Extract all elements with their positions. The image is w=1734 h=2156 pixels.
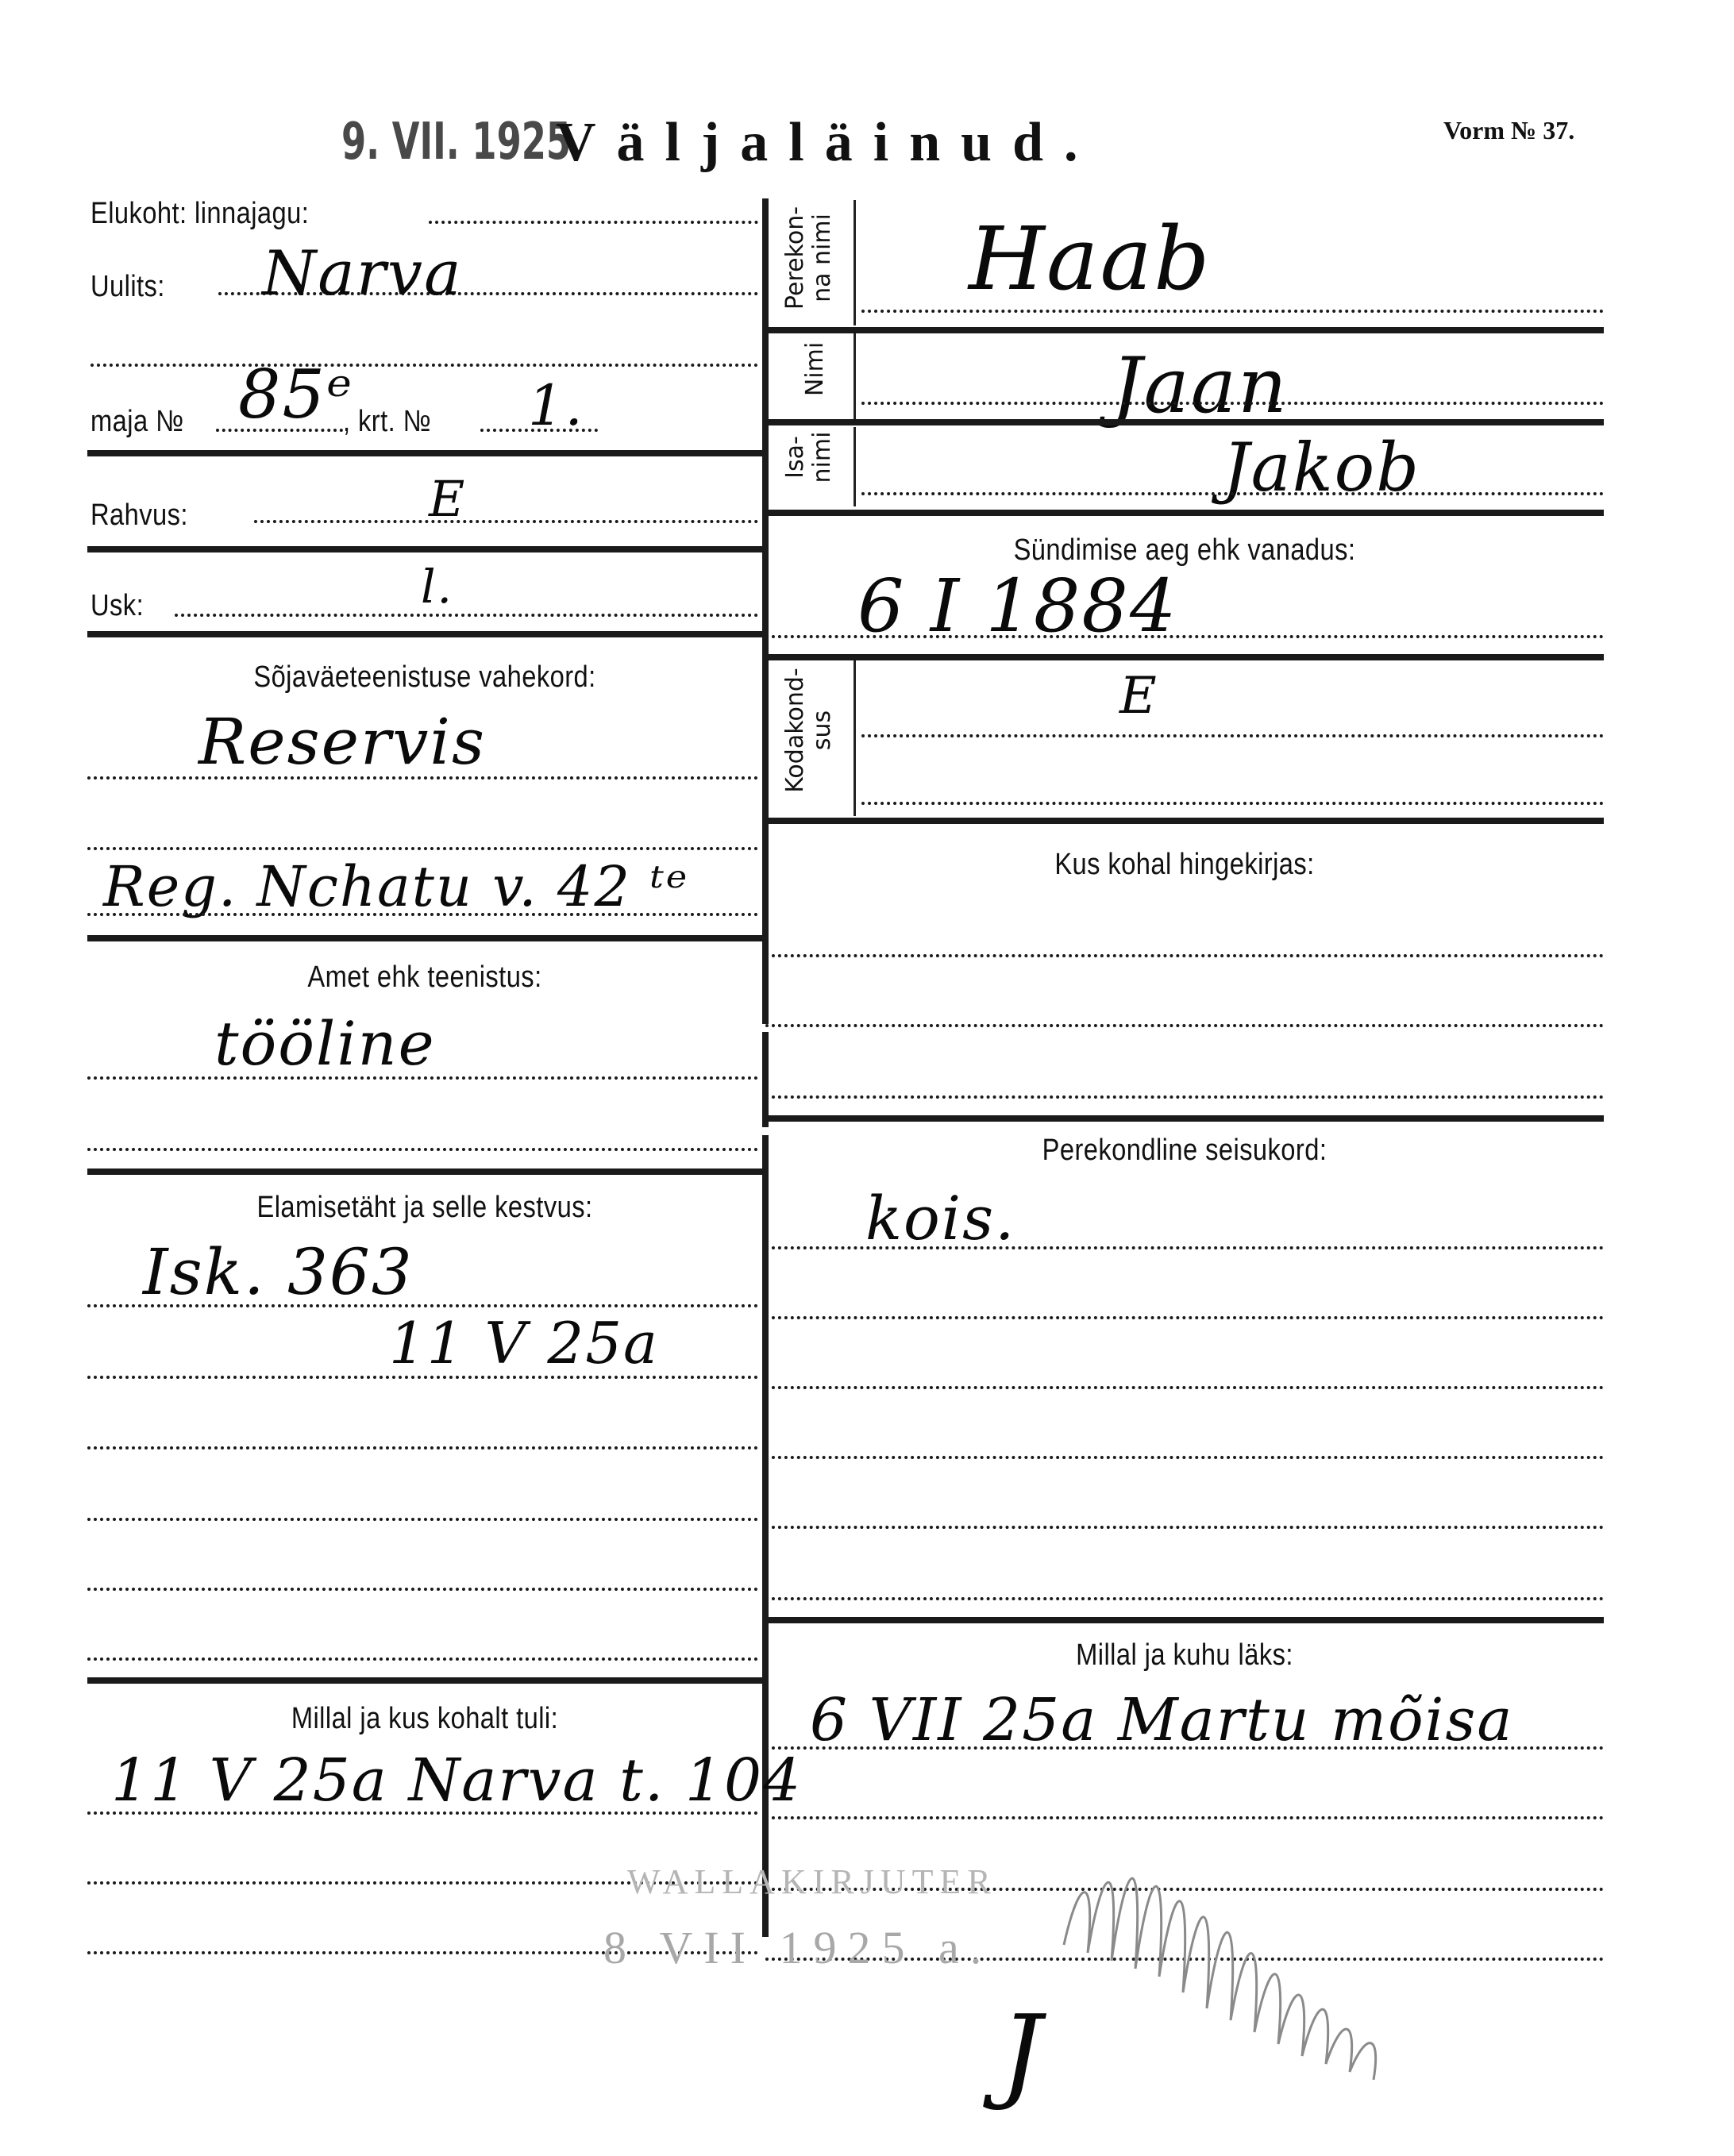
section-rule xyxy=(765,1617,1604,1623)
amet-field-1[interactable] xyxy=(87,1076,758,1080)
kodakondsus-label: Kodakond- sus xyxy=(782,651,836,810)
section-rule xyxy=(765,419,1604,425)
nimi-value: Jaan xyxy=(1112,341,1289,430)
perekondline-field-4[interactable] xyxy=(765,1456,1604,1459)
usk-value: l. xyxy=(421,560,453,614)
sundimine-field[interactable] xyxy=(765,635,1604,638)
perekondline-field-2[interactable] xyxy=(765,1316,1604,1319)
label-divider xyxy=(854,427,856,506)
column-divider-top xyxy=(762,198,769,1024)
usk-label: Usk: xyxy=(91,589,144,623)
perekonnanimi-value: Haab xyxy=(969,208,1212,310)
registrar-stamp-org: WALLAKIRJUTER xyxy=(627,1861,997,1902)
uulits-extra-line[interactable] xyxy=(91,364,758,367)
sojavae-field-1[interactable] xyxy=(87,776,758,780)
nimi-label: Nimi xyxy=(802,333,829,405)
rahvus-label: Rahvus: xyxy=(91,499,188,533)
section-rule xyxy=(87,631,762,637)
section-rule xyxy=(87,546,762,552)
lahks-value: 6 VII 25a Martu mõisa xyxy=(810,1686,1514,1754)
amet-label: Amet ehk teenistus: xyxy=(135,961,715,995)
section-rule xyxy=(765,510,1604,516)
perekondline-value: kois. xyxy=(865,1183,1015,1253)
maja-label: maja № xyxy=(91,405,184,439)
uulits-label: Uulits: xyxy=(91,270,165,304)
section-rule xyxy=(87,935,762,941)
hingekiri-field-3[interactable] xyxy=(765,1095,1604,1099)
label-divider xyxy=(854,200,856,325)
perekonnanimi-label: Perekon- na nimi xyxy=(782,198,836,318)
hingekiri-field-1[interactable] xyxy=(765,954,1604,957)
perekonnanimi-label-2: na nimi xyxy=(809,198,836,318)
lahks-field-2[interactable] xyxy=(765,1816,1604,1819)
isanimi-label-1: Isa- xyxy=(782,418,809,497)
kodakondsus-field-1[interactable] xyxy=(861,734,1604,737)
elamisetaht-field-6[interactable] xyxy=(87,1657,758,1661)
elamisetaht-value-2: 11 V 25a xyxy=(389,1310,659,1376)
sundimine-label: Sündimise aeg ehk vanadus: xyxy=(824,533,1545,568)
elukoht-field[interactable] xyxy=(429,221,758,224)
perekondline-field-3[interactable] xyxy=(765,1386,1604,1389)
elamisetaht-field-1[interactable] xyxy=(87,1304,758,1307)
column-divider-mid xyxy=(762,1032,769,1127)
section-rule xyxy=(765,654,1604,660)
section-rule xyxy=(765,818,1604,824)
section-rule xyxy=(765,327,1604,333)
elukoht-label: Elukoht: linnajagu: xyxy=(91,197,309,231)
elamisetaht-field-2[interactable] xyxy=(87,1376,758,1379)
amet-value: tööline xyxy=(214,1008,436,1079)
hingekiri-field-2[interactable] xyxy=(765,1024,1604,1027)
sojavae-label: Sõjaväeteenistuse vahekord: xyxy=(135,660,715,695)
rahvus-field[interactable] xyxy=(254,520,758,523)
form-number: Vorm № 37. xyxy=(1443,116,1574,145)
elamisetaht-field-4[interactable] xyxy=(87,1518,758,1521)
hingekiri-label: Kus kohal hingekirjas: xyxy=(824,848,1545,882)
uulits-value: Narva xyxy=(262,238,463,310)
perekonnanimi-field[interactable] xyxy=(861,310,1604,313)
kodakondsus-label-2: sus xyxy=(809,651,836,810)
form-title: Väljaläinud. xyxy=(556,111,1099,175)
usk-field[interactable] xyxy=(175,614,758,617)
krt-label: , krt. № xyxy=(343,405,431,439)
perekondline-field-5[interactable] xyxy=(765,1526,1604,1529)
perekondline-field-6[interactable] xyxy=(765,1597,1604,1600)
section-rule xyxy=(765,1115,1604,1122)
signature-scribble-icon xyxy=(1032,1826,1445,2112)
isanimi-label: Isa- nimi xyxy=(782,418,836,497)
perekondline-label: Perekondline seisukord: xyxy=(824,1134,1545,1168)
label-divider xyxy=(854,333,856,419)
tuli-label: Millal ja kus kohalt tuli: xyxy=(135,1702,715,1736)
elamisetaht-label: Elamisetäht ja selle kestvus: xyxy=(135,1191,715,1225)
lahks-field-1[interactable] xyxy=(765,1746,1604,1750)
rahvus-value: E xyxy=(429,470,466,528)
sojavae-value-1: Reservis xyxy=(198,705,486,779)
signature-initial: J xyxy=(1000,1992,1043,2113)
sojavae-field-3[interactable] xyxy=(87,913,758,916)
isanimi-field[interactable] xyxy=(861,492,1604,495)
elamisetaht-value-1: Isk. 363 xyxy=(143,1235,414,1309)
nimi-field[interactable] xyxy=(861,402,1604,405)
elamisetaht-field-3[interactable] xyxy=(87,1446,758,1450)
maja-value: 85ᵉ xyxy=(238,356,353,433)
registrar-stamp-date: 8 VII 1925 a. xyxy=(603,1921,992,1974)
label-divider xyxy=(854,659,856,816)
amet-field-2[interactable] xyxy=(87,1148,758,1151)
section-rule xyxy=(87,1677,762,1684)
section-rule xyxy=(87,1168,762,1175)
tuli-field-1[interactable] xyxy=(87,1811,758,1815)
sojavae-value-3: Reg. Nchatu v. 42 ᵗᵉ xyxy=(103,854,689,919)
krt-value: 1. xyxy=(528,373,584,438)
elamisetaht-field-5[interactable] xyxy=(87,1588,758,1591)
kodakondsus-field-2[interactable] xyxy=(861,802,1604,805)
perekonnanimi-label-1: Perekon- xyxy=(782,198,809,318)
perekondline-field-1[interactable] xyxy=(765,1246,1604,1249)
section-rule xyxy=(87,450,762,456)
lahks-label: Millal ja kuhu läks: xyxy=(824,1638,1545,1673)
sojavae-field-2[interactable] xyxy=(87,847,758,850)
kodakondsus-value: E xyxy=(1119,667,1158,726)
tuli-value: 11 V 25a Narva t. 104 xyxy=(111,1746,802,1815)
received-date-stamp: 9. VII. 1925 xyxy=(341,113,571,171)
kodakondsus-label-1: Kodakond- xyxy=(782,651,809,810)
isanimi-label-2: nimi xyxy=(809,418,836,497)
